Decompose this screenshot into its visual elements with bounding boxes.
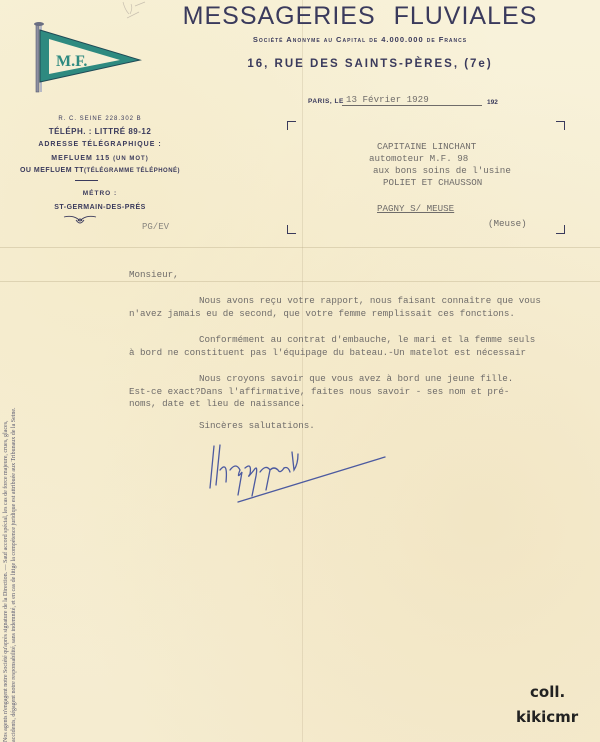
recipient-city: PAGNY S/ MEUSE [377, 203, 454, 215]
collection-name: kikicmr [516, 708, 578, 726]
legal-notice-line: accidents, dégagent notre responsabilité… [10, 292, 18, 742]
body-line: noms, date et lieu de naissance. [129, 398, 305, 410]
paper-fold [302, 0, 303, 742]
legal-notice: Nos agents n'engagent notre Société qu'a… [2, 292, 18, 742]
mf-pennant-logo: M.F. [28, 18, 143, 93]
paper-fold [0, 281, 600, 282]
company-subtitle: Société Anonyme au Capital de 4.000.000 … [160, 35, 560, 44]
telegraphic-address-1: MEFLUEM 115 (UN MOT) [0, 155, 200, 162]
body-line: n'avez jamais eu de second, que votre fe… [129, 308, 515, 320]
address-window-corner [287, 121, 296, 130]
legal-notice-line: Nos agents n'engagent notre Société qu'a… [2, 292, 10, 742]
divider [75, 180, 98, 181]
metro-label: MÉTRO : [0, 190, 200, 197]
date-underline [342, 105, 482, 106]
body-line: Est-ce exact?Dans l'affirmative, faites … [129, 386, 509, 398]
recipient-department: (Meuse) [488, 218, 527, 230]
printed-year: 192 [487, 99, 498, 106]
recipient-care-of: aux bons soins de l'usine [373, 165, 511, 177]
registry-number: R. C. SEINE 228.302 B [0, 116, 200, 122]
telegraphic-note-2: (TÉLÉGRAMME TÉLÉPHONÉ) [84, 168, 180, 174]
handwritten-signature [200, 440, 400, 515]
body-line: Conformément au contrat d'embauche, le m… [199, 334, 535, 346]
paper-fold [0, 247, 600, 248]
telegraphic-code-2: OU MEFLUEM TT [20, 167, 84, 174]
body-line: Nous croyons savoir que vous avez à bord… [199, 373, 513, 385]
body-line: Nous avons reçu votre rapport, nous fais… [199, 295, 541, 307]
recipient-name: CAPITAINE LINCHANT [377, 141, 476, 153]
reference-initials: PG/EV [142, 222, 169, 232]
collection-label: coll. [530, 683, 565, 701]
address-window-corner [556, 121, 565, 130]
letter-date: 13 Février 1929 [346, 94, 429, 105]
logo-text: M.F. [56, 53, 87, 70]
telegraphic-code-1: MEFLUEM 115 [51, 155, 110, 162]
telegraphic-label: ADRESSE TÉLÉGRAPHIQUE : [0, 141, 200, 148]
company-address: 16, RUE DES SAINTS-PÈRES, (7e) [210, 58, 530, 70]
address-window-corner [556, 225, 565, 234]
salutation: Monsieur, [129, 269, 179, 280]
closing: Sincères salutations. [199, 420, 315, 431]
company-name: MESSAGERIES FLUVIALES [170, 2, 550, 31]
telegraphic-note-1: (UN MOT) [113, 156, 149, 162]
telephone: TÉLÉPH. : LITTRÉ 89-12 [0, 127, 200, 136]
address-window-corner [287, 225, 296, 234]
date-label: PARIS, LE [308, 98, 344, 105]
ornament-flourish-icon [62, 213, 98, 227]
recipient-company: POLIET ET CHAUSSON [383, 177, 482, 189]
body-line: à bord ne constituent pas l'équipage du … [129, 347, 526, 359]
telegraphic-address-2: OU MEFLUEM TT(TÉLÉGRAMME TÉLÉPHONÉ) [0, 167, 200, 174]
recipient-vessel: automoteur M.F. 98 [369, 153, 468, 165]
metro-station: ST-GERMAIN-DES-PRÉS [0, 204, 200, 211]
